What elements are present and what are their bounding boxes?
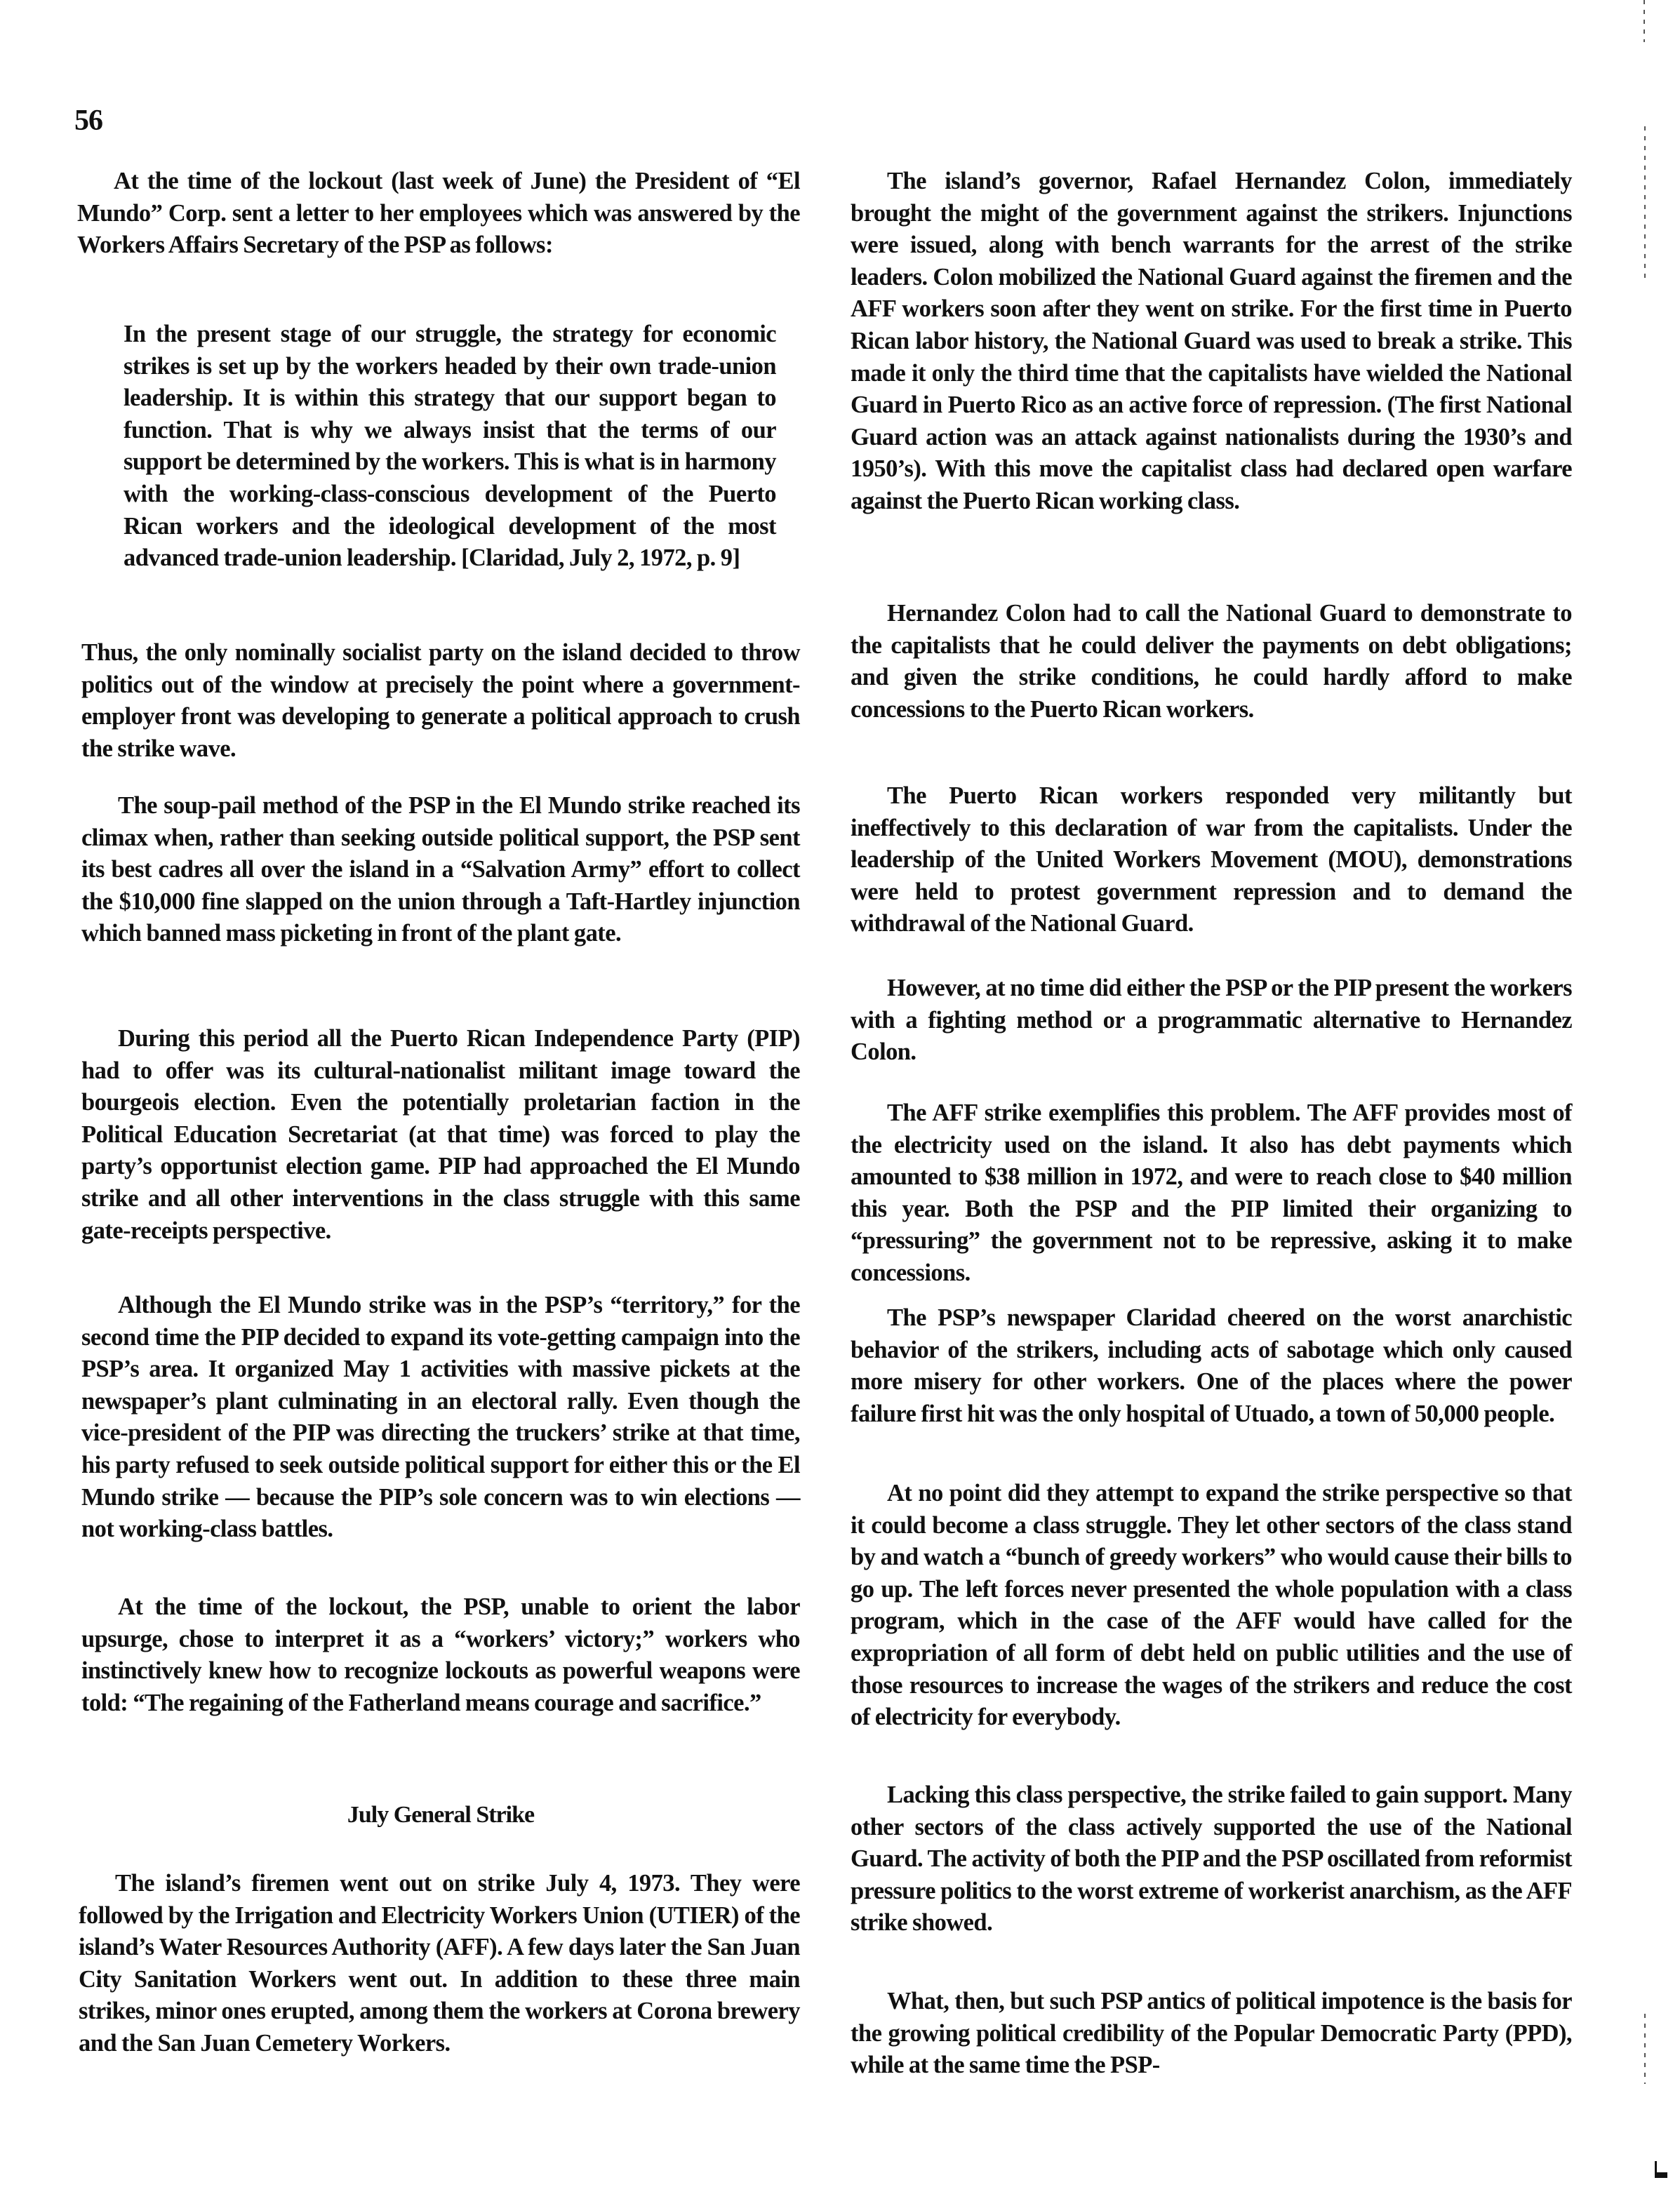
quote-text: In the present stage of our struggle, th… xyxy=(124,321,776,571)
publication-name: Claridad xyxy=(1126,1304,1216,1331)
left-paragraph-1: At the time of the lockout (last week of… xyxy=(77,166,800,262)
right-paragraph-3: The Puerto Rican workers responded very … xyxy=(851,780,1572,940)
left-paragraph-6: At the time of the lockout, the PSP, una… xyxy=(81,1591,800,1719)
quote-source: Claridad xyxy=(469,544,559,571)
page-number: 56 xyxy=(74,104,102,138)
right-paragraph-1: The island’s governor, Rafael Hernandez … xyxy=(851,166,1572,518)
text-span: The soup-pail method of the PSP in the xyxy=(118,792,519,819)
text-span: Although the xyxy=(118,1292,258,1318)
section-heading: July General Strike xyxy=(81,1802,800,1829)
right-paragraph-8: Lacking this class perspective, the stri… xyxy=(851,1779,1572,1939)
right-paragraph-7: At no point did they attempt to expand t… xyxy=(851,1478,1572,1734)
scan-edge-line xyxy=(1644,126,1646,281)
text-span: However, xyxy=(887,975,985,1001)
text-span: The PSP’s newspaper xyxy=(887,1304,1126,1331)
left-paragraph-5: Although the El Mundo strike was in the … xyxy=(81,1290,800,1546)
left-paragraph-3: The soup-pail method of the PSP in the E… xyxy=(81,790,800,950)
scan-edge-line xyxy=(1644,0,1645,42)
text-span: strike — because the PIP’s sole concern … xyxy=(81,1484,800,1543)
block-quote: In the present stage of our struggle, th… xyxy=(124,319,776,575)
document-page: 56 At the time of the lockout (last week… xyxy=(0,0,1680,2206)
scan-edge-line xyxy=(1644,2014,1646,2084)
quote-citation: , July 2, 1972, p. 9] xyxy=(559,544,740,571)
publication-name: El Mundo xyxy=(258,1292,361,1318)
text-span: strike was in the PSP’s “territory,” for… xyxy=(81,1292,800,1478)
right-paragraph-4: However, at no time did either the PSP o… xyxy=(851,972,1572,1069)
publication-name: El Mundo xyxy=(696,1153,800,1179)
left-paragraph-2: Thus, the only nominally socialist party… xyxy=(81,637,800,765)
right-paragraph-9: What, then, but such PSP antics of polit… xyxy=(851,1986,1572,2082)
text-span: During this period all the Puerto Rican … xyxy=(81,1025,800,1179)
publication-name: El Mundo xyxy=(519,792,622,819)
left-paragraph-7: The island’s firemen went out on strike … xyxy=(79,1868,800,2060)
scan-corner-mark xyxy=(1655,2161,1657,2175)
right-paragraph-2: Hernandez Colon had to call the National… xyxy=(851,598,1572,726)
text-span: strike and all other interventions in th… xyxy=(81,1185,800,1244)
right-paragraph-5: The AFF strike exemplifies this problem.… xyxy=(851,1097,1572,1290)
left-paragraph-4: During this period all the Puerto Rican … xyxy=(81,1023,800,1247)
right-paragraph-6: The PSP’s newspaper Claridad cheered on … xyxy=(851,1302,1572,1430)
